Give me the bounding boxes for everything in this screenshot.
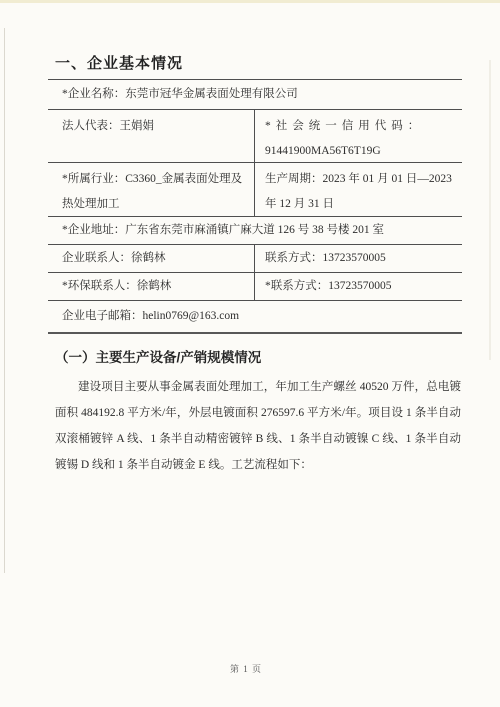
table-row-legal-rep-credit-code: 法人代表：王娟娟 *社会统一信用代码： 91441900MA56T6T19G (48, 109, 462, 162)
table-row-company-name: *企业名称：东莞市冠华金属表面处理有限公司 (48, 79, 462, 109)
table-row-industry-period: *所属行业：C3360_金属表面处理及热处理加工 生产周期：2023 年 01 … (48, 162, 462, 216)
env-contact-phone-cell: *联系方式：13723570005 (254, 273, 462, 300)
credit-code-label: *社会统一信用代码： (265, 114, 456, 139)
contact-person-cell: 企业联系人：徐鹤林 (48, 245, 254, 272)
contact-phone-cell: 联系方式：13723570005 (254, 245, 462, 272)
industry-cell: *所属行业：C3360_金属表面处理及热处理加工 (48, 163, 254, 216)
company-info-table: *企业名称：东莞市冠华金属表面处理有限公司 法人代表：王娟娟 *社会统一信用代码… (48, 79, 462, 334)
scan-artifact-top (0, 0, 500, 3)
credit-code-value: 91441900MA56T6T19G (265, 139, 456, 164)
production-period-cell: 生产周期：2023 年 01 月 01 日—2023 年 12 月 31 日 (254, 163, 462, 216)
scan-artifact-left (4, 28, 5, 573)
env-contact-person-cell: *环保联系人：徐鹤林 (48, 273, 254, 300)
production-description-paragraph: 建设项目主要从事金属表面处理加工，年加工生产螺丝 40520 万件，总电镀面积 … (55, 374, 461, 478)
address-cell: *企业地址：广东省东莞市麻涌镇广麻大道 126 号 38 号楼 201 室 (48, 217, 462, 244)
company-name-cell: *企业名称：东莞市冠华金属表面处理有限公司 (48, 80, 462, 109)
section-heading-production-scale: （一）主要生产设备/产销规模情况 (55, 346, 261, 366)
legal-rep-cell: 法人代表：王娟娟 (48, 110, 254, 162)
table-row-env-contact: *环保联系人：徐鹤林 *联系方式：13723570005 (48, 272, 462, 300)
section-heading-basic-info: 一、企业基本情况 (55, 52, 183, 73)
table-row-email: 企业电子邮箱：helin0769@163.com (48, 300, 462, 332)
document-page: 一、企业基本情况 *企业名称：东莞市冠华金属表面处理有限公司 法人代表：王娟娟 … (0, 0, 500, 707)
page-number: 第 1 页 (0, 662, 492, 675)
scan-artifact-right (489, 60, 491, 360)
table-row-address: *企业地址：广东省东莞市麻涌镇广麻大道 126 号 38 号楼 201 室 (48, 216, 462, 244)
credit-code-cell: *社会统一信用代码： 91441900MA56T6T19G (254, 110, 462, 162)
email-cell: 企业电子邮箱：helin0769@163.com (48, 301, 462, 332)
table-row-contact: 企业联系人：徐鹤林 联系方式：13723570005 (48, 244, 462, 272)
